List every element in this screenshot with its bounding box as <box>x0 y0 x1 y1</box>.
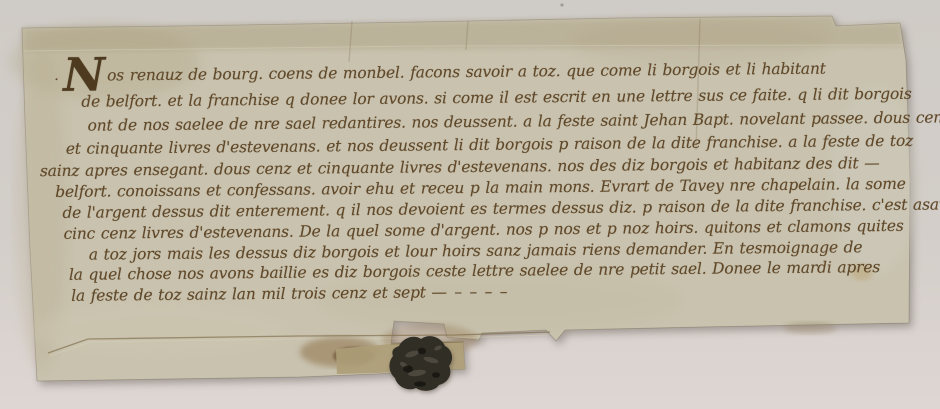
manuscript-line-1: os renauz de bourg. coens de monbel. fac… <box>107 59 826 86</box>
manuscript-line-11: la feste de toz sainz lan mil trois cenz… <box>71 282 507 306</box>
photograph-of-charter: . N os renauz de bourg. coens de monbel.… <box>0 0 940 409</box>
manuscript-text-block: . N os renauz de bourg. coens de monbel.… <box>0 0 940 409</box>
lead-mark: . <box>54 66 59 84</box>
manuscript-line-2: de belfort. et la franchise q donee lor … <box>81 84 911 112</box>
